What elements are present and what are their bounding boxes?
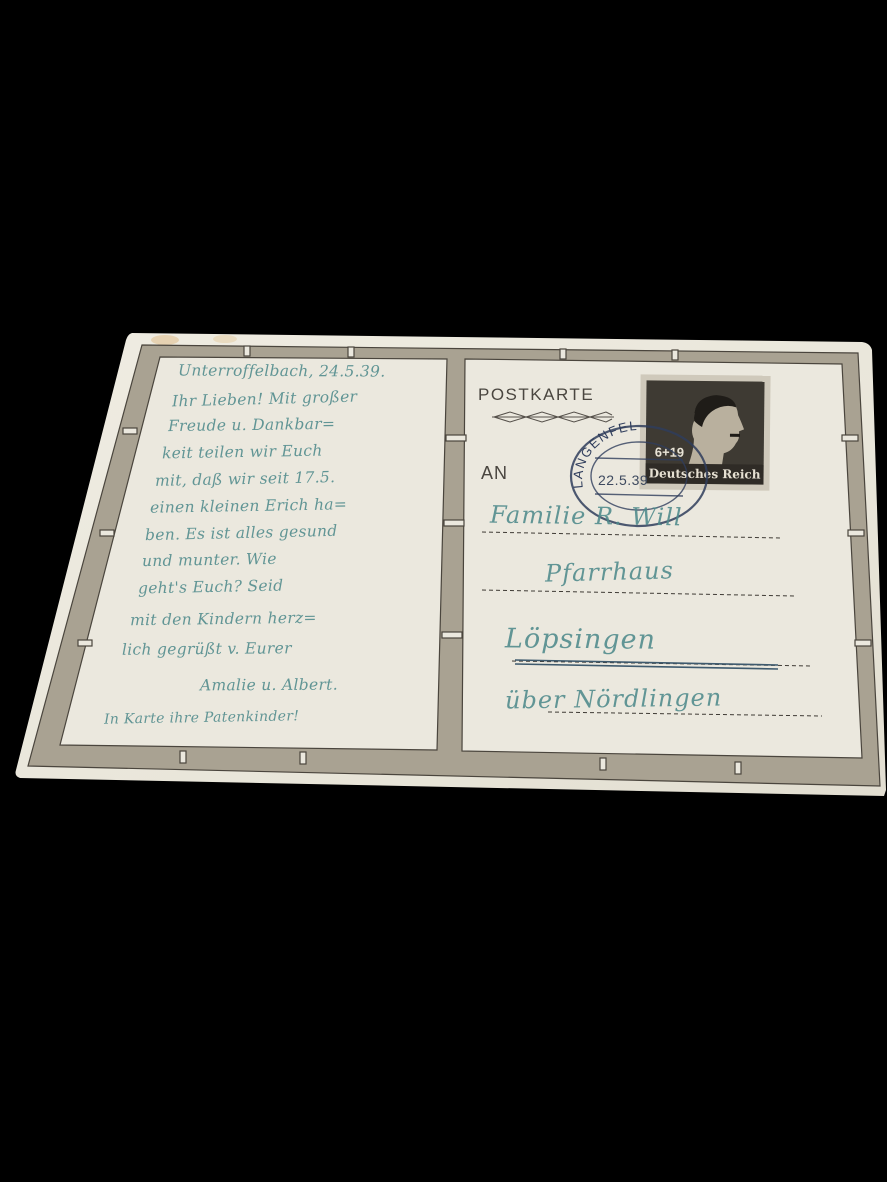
message-line: In Karte ihre Patenkinder! xyxy=(104,708,299,727)
address-line: Löpsingen xyxy=(505,623,656,655)
message-line: mit den Kindern herz= xyxy=(130,609,317,630)
postcard-photo: POSTKARTE AN 6+19 Deutsches Reich LANGEN… xyxy=(0,0,887,1182)
message-line: geht's Euch? Seid xyxy=(138,576,284,597)
address-line: Pfarrhaus xyxy=(545,556,675,587)
address-label: AN xyxy=(481,463,508,484)
postcard-card xyxy=(0,0,887,1182)
message-line: mit, daß wir seit 17.5. xyxy=(155,468,336,490)
message-line: Freude u. Dankbar= xyxy=(168,415,335,435)
address-line: über Nördlingen xyxy=(505,683,723,714)
message-line: einen kleinen Erich ha= xyxy=(150,495,347,516)
message-line: keit teilen wir Euch xyxy=(162,442,323,463)
message-line: lich gegrüßt v. Eurer xyxy=(122,639,292,658)
message-line: Amalie u. Albert. xyxy=(200,676,338,695)
address-line: Familie R. Will xyxy=(490,501,683,532)
message-line: und munter. Wie xyxy=(142,550,277,570)
postkarte-heading: POSTKARTE xyxy=(478,385,594,405)
postmark-date: 22.5.39 xyxy=(598,472,648,488)
message-line: Unterroffelbach, 24.5.39. xyxy=(178,361,386,380)
